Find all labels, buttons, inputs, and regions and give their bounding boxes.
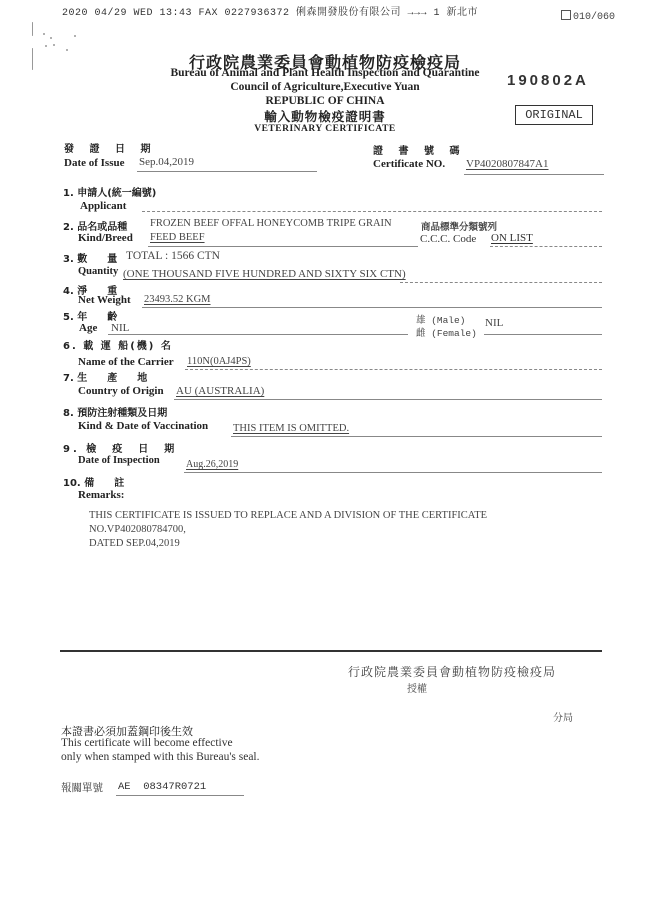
quantity-label: Quantity <box>78 266 118 277</box>
remarks-line-3: DATED SEP.04,2019 <box>89 538 180 549</box>
authorized-label: 授權 <box>407 680 427 695</box>
vaccination-label-cn: 8. 預防注射種類及日期 <box>63 404 167 419</box>
authority-name-chinese: 行政院農業委員會動植物防疫檢疫局 <box>348 663 556 680</box>
origin-label: Country of Origin <box>78 385 164 397</box>
quantity-total-value: TOTAL : 1566 CTN <box>126 250 220 262</box>
seal-note-english-line-2: only when stamped with this Bureau's sea… <box>61 751 260 763</box>
quantity-words-value: (ONE THOUSAND FIVE HUNDRED AND SIXTY SIX… <box>123 268 406 280</box>
section-divider <box>60 650 602 652</box>
male-label: 雄 (Male) <box>416 312 465 326</box>
kind-breed-label: Kind/Breed <box>78 232 133 244</box>
fax-icon <box>561 10 571 20</box>
fax-page-number: 010/060 <box>561 10 615 23</box>
remarks-line-2: NO.VP402080784700, <box>89 524 186 535</box>
inspection-label-cn: 9. 檢 疫 日 期 <box>63 440 177 455</box>
quantity-label-cn: 3. 數 量 <box>63 250 117 265</box>
carrier-label: Name of the Carrier <box>78 356 174 368</box>
certificate-number-value: VP4020807847A1 <box>466 158 549 170</box>
remarks-label: Remarks: <box>78 489 124 501</box>
declaration-number-label: 報關單號 <box>61 780 103 795</box>
vaccination-value: THIS ITEM IS OMITTED. <box>233 423 349 434</box>
ccc-code-label-cn: 商品標準分類號列 <box>421 219 497 233</box>
origin-label-cn: 7. 生 產 地 <box>63 369 147 384</box>
kind-breed-label-cn: 2. 品名或品種 <box>63 218 127 233</box>
net-weight-value: 23493.52 KGM <box>144 294 211 305</box>
certificate-number-label-cn: 證 書 號 碼 <box>373 142 465 157</box>
certificate-title-english: VETERINARY CERTIFICATE <box>0 124 650 134</box>
carrier-value: 110N(0AJ4PS) <box>187 356 251 367</box>
date-of-issue-label-cn: 發 證 日 期 <box>64 140 156 155</box>
vaccination-label: Kind & Date of Vaccination <box>78 420 208 432</box>
age-label-cn: 5. 年 齡 <box>63 308 117 323</box>
sex-value: NIL <box>485 317 503 329</box>
date-of-issue-label: Date of Issue <box>64 157 125 169</box>
kind-breed-value-line2: FEED BEEF <box>150 232 205 243</box>
seal-note-english-line-1: This certificate will become effective <box>61 737 233 749</box>
ccc-code-value: ON LIST <box>491 232 533 244</box>
female-label: 雌 (Female) <box>416 325 477 339</box>
declaration-number-value: AE 08347R0721 <box>118 781 206 793</box>
applicant-label: Applicant <box>80 200 126 212</box>
kind-breed-value-line1: FROZEN BEEF OFFAL HONEYCOMB TRIPE GRAIN <box>150 218 392 229</box>
age-label: Age <box>79 322 97 334</box>
net-weight-label: Net Weight <box>78 294 131 306</box>
remarks-line-1: THIS CERTIFICATE IS ISSUED TO REPLACE AN… <box>89 510 487 521</box>
origin-value: AU (AUSTRALIA) <box>176 385 264 397</box>
inspection-label: Date of Inspection <box>78 455 160 466</box>
remarks-label-cn: 10. 備 註 <box>63 474 124 489</box>
branch-office-label: 分局 <box>553 709 573 724</box>
date-of-issue-value: Sep.04,2019 <box>139 156 194 168</box>
age-value: NIL <box>111 322 129 334</box>
certificate-number-label: Certificate NO. <box>373 158 445 170</box>
original-stamp: ORIGINAL <box>515 105 593 125</box>
ccc-code-label: C.C.C. Code <box>420 233 476 245</box>
fax-transmission-header: 2020 04/29 WED 13:43 FAX 0227936372 俐森開發… <box>62 3 478 19</box>
reference-number: 190802A <box>507 72 589 89</box>
carrier-label-cn: 6. 載 運 船(機) 名 <box>63 337 173 352</box>
applicant-label-cn: 1. 申請人(統一編號) <box>63 184 156 199</box>
inspection-value: Aug.26,2019 <box>186 459 238 470</box>
fax-page-count: 010/060 <box>573 12 615 23</box>
